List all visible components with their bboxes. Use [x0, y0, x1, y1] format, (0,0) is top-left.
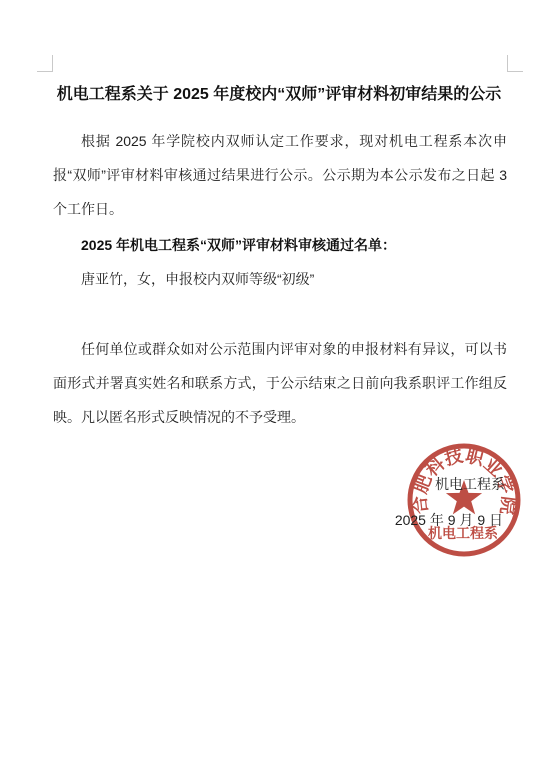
signature-date: 2025 年 9 月 9 日	[395, 512, 503, 528]
document-page: 机电工程系关于 2025 年度校内“双师”评审材料初审结果的公示 根据 2025…	[0, 0, 558, 762]
paragraph-intro: 根据 2025 年学院校内双师认定工作要求，现对机电工程系本次申报“双师”评审材…	[53, 124, 507, 226]
list-heading: 2025 年机电工程系“双师”评审材料审核通过名单：	[53, 228, 507, 262]
margin-mark-top-left	[37, 55, 53, 72]
signature-department: 机电工程系	[435, 476, 505, 492]
paragraph-objection: 任何单位或群众如对公示范围内评审对象的申报材料有异议，可以书面形式并署真实姓名和…	[53, 332, 507, 434]
page-title: 机电工程系关于 2025 年度校内“双师”评审材料初审结果的公示	[45, 85, 513, 104]
list-entry-applicant: 唐亚竹，女，申报校内双师等级“初级”	[53, 262, 507, 296]
official-seal: 合肥科技职业学院 机电工程系	[399, 435, 529, 565]
margin-mark-top-right	[507, 55, 523, 72]
